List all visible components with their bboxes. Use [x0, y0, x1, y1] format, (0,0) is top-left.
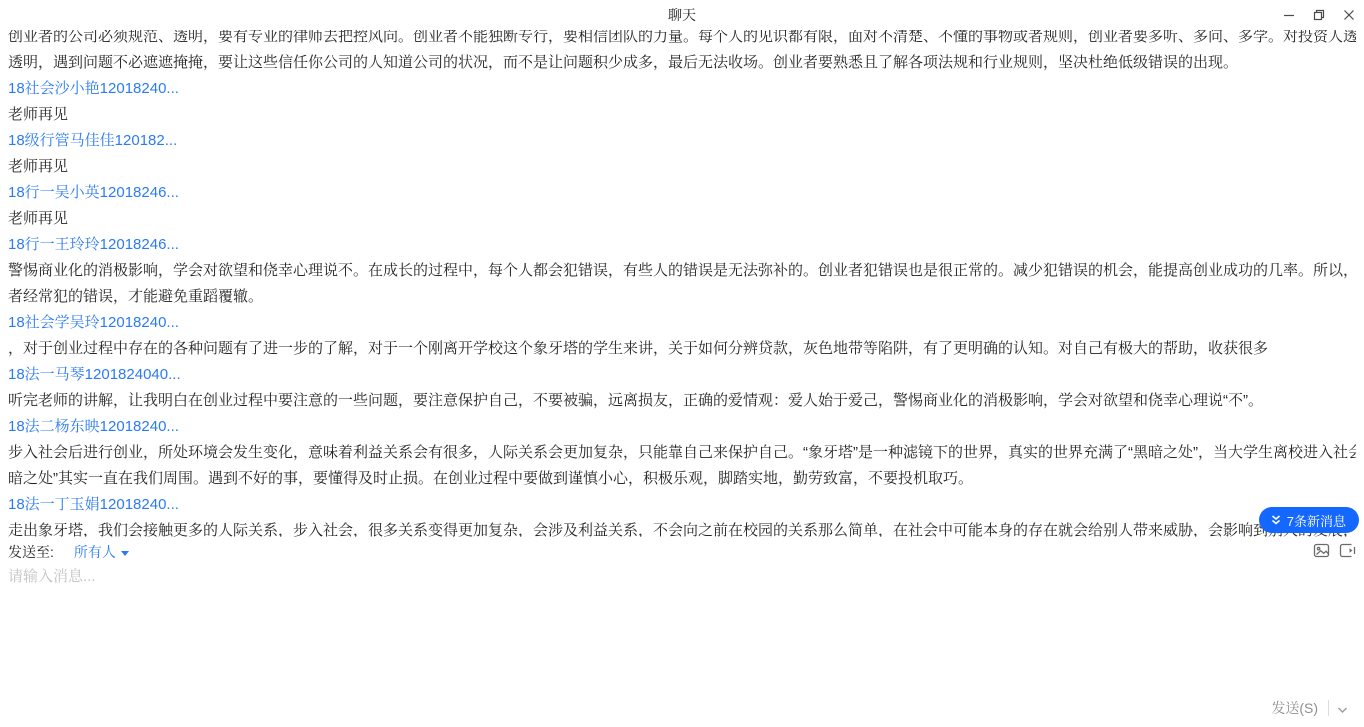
dropdown-caret-icon: [121, 551, 129, 556]
message-text: 透明，遇到问题不必遮遮掩掩，要让这些信任你公司的人知道公司的状况，而不是让问题积…: [8, 50, 1356, 76]
message-text: 暗之处”其实一直在我们周围。遇到不好的事，要懂得及时止损。在创业过程中要做到谨慎…: [8, 466, 1356, 492]
message-input[interactable]: [8, 564, 1208, 588]
recipient-value: 所有人: [74, 542, 116, 562]
title-bar: 聊天: [0, 0, 1364, 30]
message-sender-link[interactable]: 18行一王玲玲12018246...: [8, 232, 1356, 258]
restore-icon: [1313, 9, 1325, 21]
minimize-icon: [1283, 9, 1295, 21]
message-text: 步入社会后进行创业，所处环境会发生变化，意味着利益关系会有很多，人际关系会更加复…: [8, 440, 1356, 466]
new-messages-label: 7条新消息: [1287, 511, 1346, 530]
dock-to-meeting-button[interactable]: [1339, 542, 1356, 559]
dock-panel-icon: [1339, 542, 1356, 559]
recipient-dropdown[interactable]: 所有人: [74, 542, 129, 562]
message-text: 听完老师的讲解，让我明白在创业过程中要注意的一些问题，要注意保护自己，不要被骗，…: [8, 388, 1356, 414]
message-text: 老师再见: [8, 102, 1356, 128]
message-sender-link[interactable]: 18级行管马佳佳120182...: [8, 128, 1356, 154]
send-image-button[interactable]: [1313, 542, 1330, 559]
send-to-label: 发送至:: [8, 542, 54, 562]
composer-toolbar: [1313, 542, 1356, 559]
message-text: 创业者的公司必须规范、透明，要有专业的律师去把控风向。创业者不能独断专行，要相信…: [8, 30, 1356, 50]
double-chevron-down-icon: [1270, 514, 1282, 526]
chevron-down-icon: [1337, 706, 1348, 714]
message-text: 老师再见: [8, 154, 1356, 180]
message-text: 者经常犯的错误，才能避免重蹈覆辙。: [8, 284, 1356, 310]
send-controls: 发送(S): [1261, 696, 1354, 720]
image-icon: [1313, 542, 1330, 559]
send-button[interactable]: 发送(S): [1261, 696, 1328, 720]
close-button[interactable]: [1334, 0, 1364, 30]
message-text: ，对于创业过程中存在的各种问题有了进一步的了解，对于一个刚离开学校这个象牙塔的学…: [8, 336, 1356, 362]
message-sender-link[interactable]: 18行一吴小英12018246...: [8, 180, 1356, 206]
new-messages-button[interactable]: 7条新消息: [1259, 507, 1359, 533]
message-text: 警惕商业化的消极影响，学会对欲望和侥幸心理说不。在成长的过程中，每个人都会犯错误…: [8, 258, 1356, 284]
chat-message-list[interactable]: 创业者的公司必须规范、透明，要有专业的律师去把控风向。创业者不能独断专行，要相信…: [0, 30, 1364, 537]
close-icon: [1343, 9, 1355, 21]
composer: 发送至: 所有人 发送(S): [0, 537, 1364, 727]
window-controls: [1274, 0, 1364, 30]
message-text: 走出象牙塔，我们会接触更多的人际关系，步入社会，很多关系变得更加复杂，会涉及利益…: [8, 518, 1356, 537]
message-sender-link[interactable]: 18法一马琴1201824040...: [8, 362, 1356, 388]
restore-button[interactable]: [1304, 0, 1334, 30]
message-sender-link[interactable]: 18法二杨东映12018240...: [8, 414, 1356, 440]
send-options-button[interactable]: [1329, 700, 1354, 717]
window-title: 聊天: [0, 0, 1364, 30]
message-sender-link[interactable]: 18社会学吴玲12018240...: [8, 310, 1356, 336]
message-text: 老师再见: [8, 206, 1356, 232]
message-sender-link[interactable]: 18法一丁玉娟12018240...: [8, 492, 1356, 518]
minimize-button[interactable]: [1274, 0, 1304, 30]
chat-messages: 创业者的公司必须规范、透明，要有专业的律师去把控风向。创业者不能独断专行，要相信…: [0, 30, 1364, 537]
send-to-row: 发送至: 所有人: [8, 541, 129, 563]
message-sender-link[interactable]: 18社会沙小艳12018240...: [8, 76, 1356, 102]
